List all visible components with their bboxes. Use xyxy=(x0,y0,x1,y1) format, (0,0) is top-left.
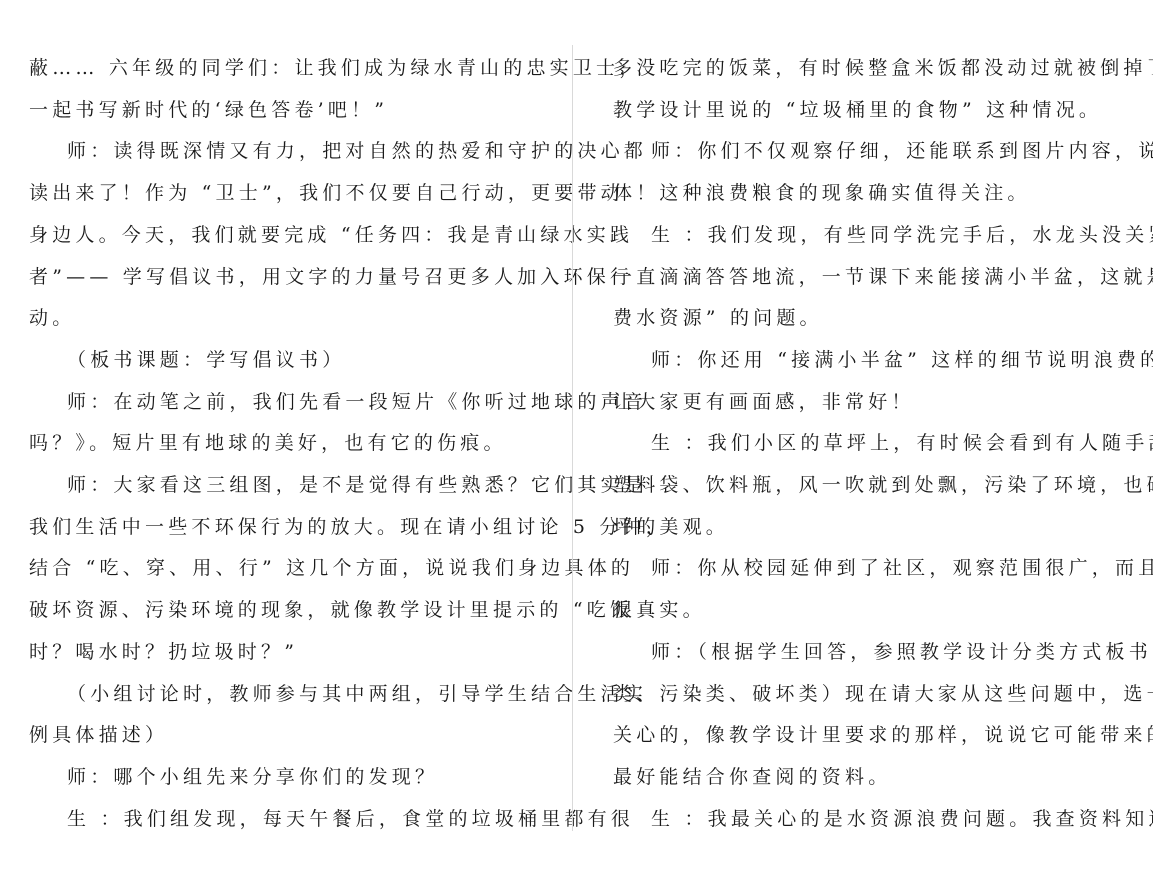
text-line: 生 ：我们组发现，每天午餐后，食堂的垃圾桶里都有很 xyxy=(29,807,634,831)
text-line: 生 ：我们发现，有些同学洗完手后，水龙头没关紧，水 xyxy=(613,223,1153,247)
text-line: 最好能结合你查阅的资料。 xyxy=(613,765,891,789)
left-page: 蔽…… 六年级的同学们：让我们成为绿水青山的忠实卫士，一起书写新时代的‘绿色答卷… xyxy=(0,0,572,875)
text-line: 塑料袋、饮料瓶，风一吹就到处飘，污染了环境，也破坏了草 xyxy=(613,473,1153,497)
text-line: 师：读得既深情又有力，把对自然的热爱和守护的决心都 xyxy=(29,139,647,163)
text-line: 多没吃完的饭菜，有时候整盒米饭都没动过就被倒掉了，就像 xyxy=(613,56,1153,80)
text-line: 读出来了！作为 “卫士”，我们不仅要自己行动，更要带动 xyxy=(29,181,624,205)
right-page: 多没吃完的饭菜，有时候整盒米饭都没动过就被倒掉了，就像教学设计里说的 “垃圾桶里… xyxy=(573,0,1153,875)
text-line: 类、污染类、破坏类）现在请大家从这些问题中，选一个你最 xyxy=(613,682,1153,706)
text-line: 教学设计里说的 “垃圾桶里的食物” 这种情况。 xyxy=(613,98,1102,122)
text-line: 师：你还用 “接满小半盆” 这样的细节说明浪费的程度， xyxy=(613,348,1153,372)
text-line: 费水资源” 的问题。 xyxy=(613,306,823,330)
text-line: 体！这种浪费粮食的现象确实值得关注。 xyxy=(613,181,1031,205)
text-line: 一起书写新时代的‘绿色答卷’吧！” xyxy=(29,98,388,122)
text-line: 师：哪个小组先来分享你们的发现？ xyxy=(29,765,438,789)
text-line: 结合 “吃、穿、用、行” 这几个方面，说说我们身边具体的 xyxy=(29,556,634,580)
text-line: 时？喝水时？扔垃圾时？” xyxy=(29,640,298,664)
text-line: 很真实。 xyxy=(613,598,706,622)
text-line: 关心的，像教学设计里要求的那样，说说它可能带来的危害， xyxy=(613,723,1153,747)
text-line: 破坏资源、污染环境的现象，就像教学设计里提示的 “吃饭 xyxy=(29,598,633,622)
text-line: 师：你从校园延伸到了社区，观察范围很广，而且描述得 xyxy=(613,556,1153,580)
text-line: 例具体描述） xyxy=(29,723,168,747)
text-line: （小组讨论时，教师参与其中两组，引导学生结合生活实 xyxy=(29,682,647,706)
text-line: 身边人。今天，我们就要完成 “任务四：我是青山绿水实践 xyxy=(29,223,633,247)
text-line: 动。 xyxy=(29,306,75,330)
text-line: 蔽…… 六年级的同学们：让我们成为绿水青山的忠实卫士， xyxy=(29,56,642,80)
text-line: 师：（根据学生回答，参照教学设计分类方式板书：浪费 xyxy=(613,640,1153,664)
text-line: 生 ：我最关心的是水资源浪费问题。我查资料知道，我 xyxy=(613,807,1153,831)
text-line: 一直滴滴答答地流，一节课下来能接满小半盆，这就是 “浪 xyxy=(613,265,1153,289)
text-line: 让大家更有画面感，非常好！ xyxy=(613,390,915,414)
text-line: （板书课题：学写倡议书） xyxy=(29,348,345,372)
text-line: 师：你们不仅观察仔细，还能联系到图片内容，说得很具 xyxy=(613,139,1153,163)
text-line: 师：大家看这三组图，是不是觉得有些熟悉？它们其实是 xyxy=(29,473,647,497)
text-line: 吗？》。短片里有地球的美好，也有它的伤痕。 xyxy=(29,431,507,455)
text-line: 者”—— 学写倡议书，用文字的力量号召更多人加入环保行 xyxy=(29,265,633,289)
text-line: 生 ：我们小区的草坪上，有时候会看到有人随手乱扔的 xyxy=(613,431,1153,455)
text-line: 坪的美观。 xyxy=(613,515,729,539)
text-line: 师：在动笔之前，我们先看一段短片《你听过地球的声音 xyxy=(29,390,647,414)
